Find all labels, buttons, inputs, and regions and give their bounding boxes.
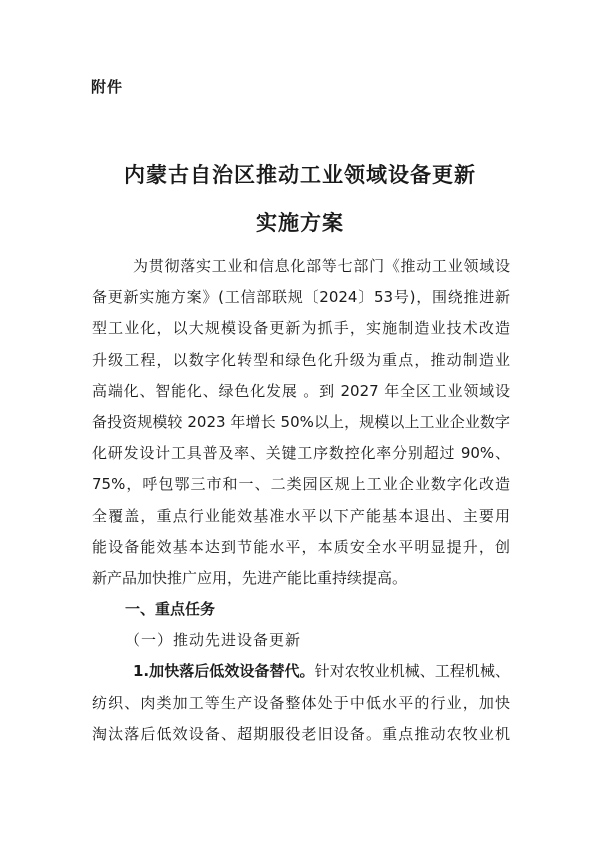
attachment-label: 附件 <box>91 76 123 97</box>
document-page: 附件 内蒙古自治区推动工业领域设备更新 实施方案 为贯彻落实工业和信息化部等七部… <box>0 0 600 848</box>
intro-paragraph-line: 型工业化，以大规模设备更新为抓手，实施制造业技术改造 <box>92 313 510 344</box>
item1-title: 1.加快落后低效设备替代。 <box>133 662 315 680</box>
subsection-heading: （一）推动先进设备更新 <box>92 625 510 656</box>
intro-paragraph-line: 为贯彻落实工业和信息化部等七部门《推动工业领域设 <box>92 251 510 282</box>
intro-paragraph-line: 化研发设计工具普及率、关键工序数控化率分别超过 90%、 <box>92 438 510 469</box>
document-title-line1: 内蒙古自治区推动工业领域设备更新 <box>0 159 600 189</box>
item1-line: 淘汰落后低效设备、超期服役老旧设备。重点推动农牧业机 <box>92 719 510 750</box>
document-title-line2: 实施方案 <box>0 207 600 237</box>
intro-paragraph-line: 全覆盖，重点行业能效基准水平以下产能基本退出、主要用 <box>92 501 510 532</box>
document-body: 为贯彻落实工业和信息化部等七部门《推动工业领域设 备更新实施方案》(工信部联规〔… <box>92 251 510 750</box>
intro-paragraph-line: 升级工程，以数字化转型和绿色化升级为重点，推动制造业 <box>92 345 510 376</box>
intro-paragraph-line: 新产品加快推广应用，先进产能比重持续提高。 <box>92 563 510 594</box>
intro-paragraph-line: 高端化、智能化、绿色化发展 。到 2027 年全区工业领域设 <box>92 376 510 407</box>
item1-text: 针对农牧业机械、工程机械、 <box>315 662 510 680</box>
item1-first-line: 1.加快落后低效设备替代。针对农牧业机械、工程机械、 <box>92 656 510 687</box>
intro-paragraph-line: 备更新实施方案》(工信部联规〔2024〕53号)，围绕推进新 <box>92 282 510 313</box>
intro-paragraph-line: 能设备能效基本达到节能水平，本质安全水平明显提升，创 <box>92 532 510 563</box>
section-heading: 一、重点任务 <box>92 594 510 625</box>
item1-line: 纺织、肉类加工等生产设备整体处于中低水平的行业，加快 <box>92 688 510 719</box>
intro-paragraph-line: 备投资规模较 2023 年增长 50%以上，规模以上工业企业数字 <box>92 407 510 438</box>
intro-paragraph-line: 75%，呼包鄂三市和一、二类园区规上工业企业数字化改造 <box>92 469 510 500</box>
